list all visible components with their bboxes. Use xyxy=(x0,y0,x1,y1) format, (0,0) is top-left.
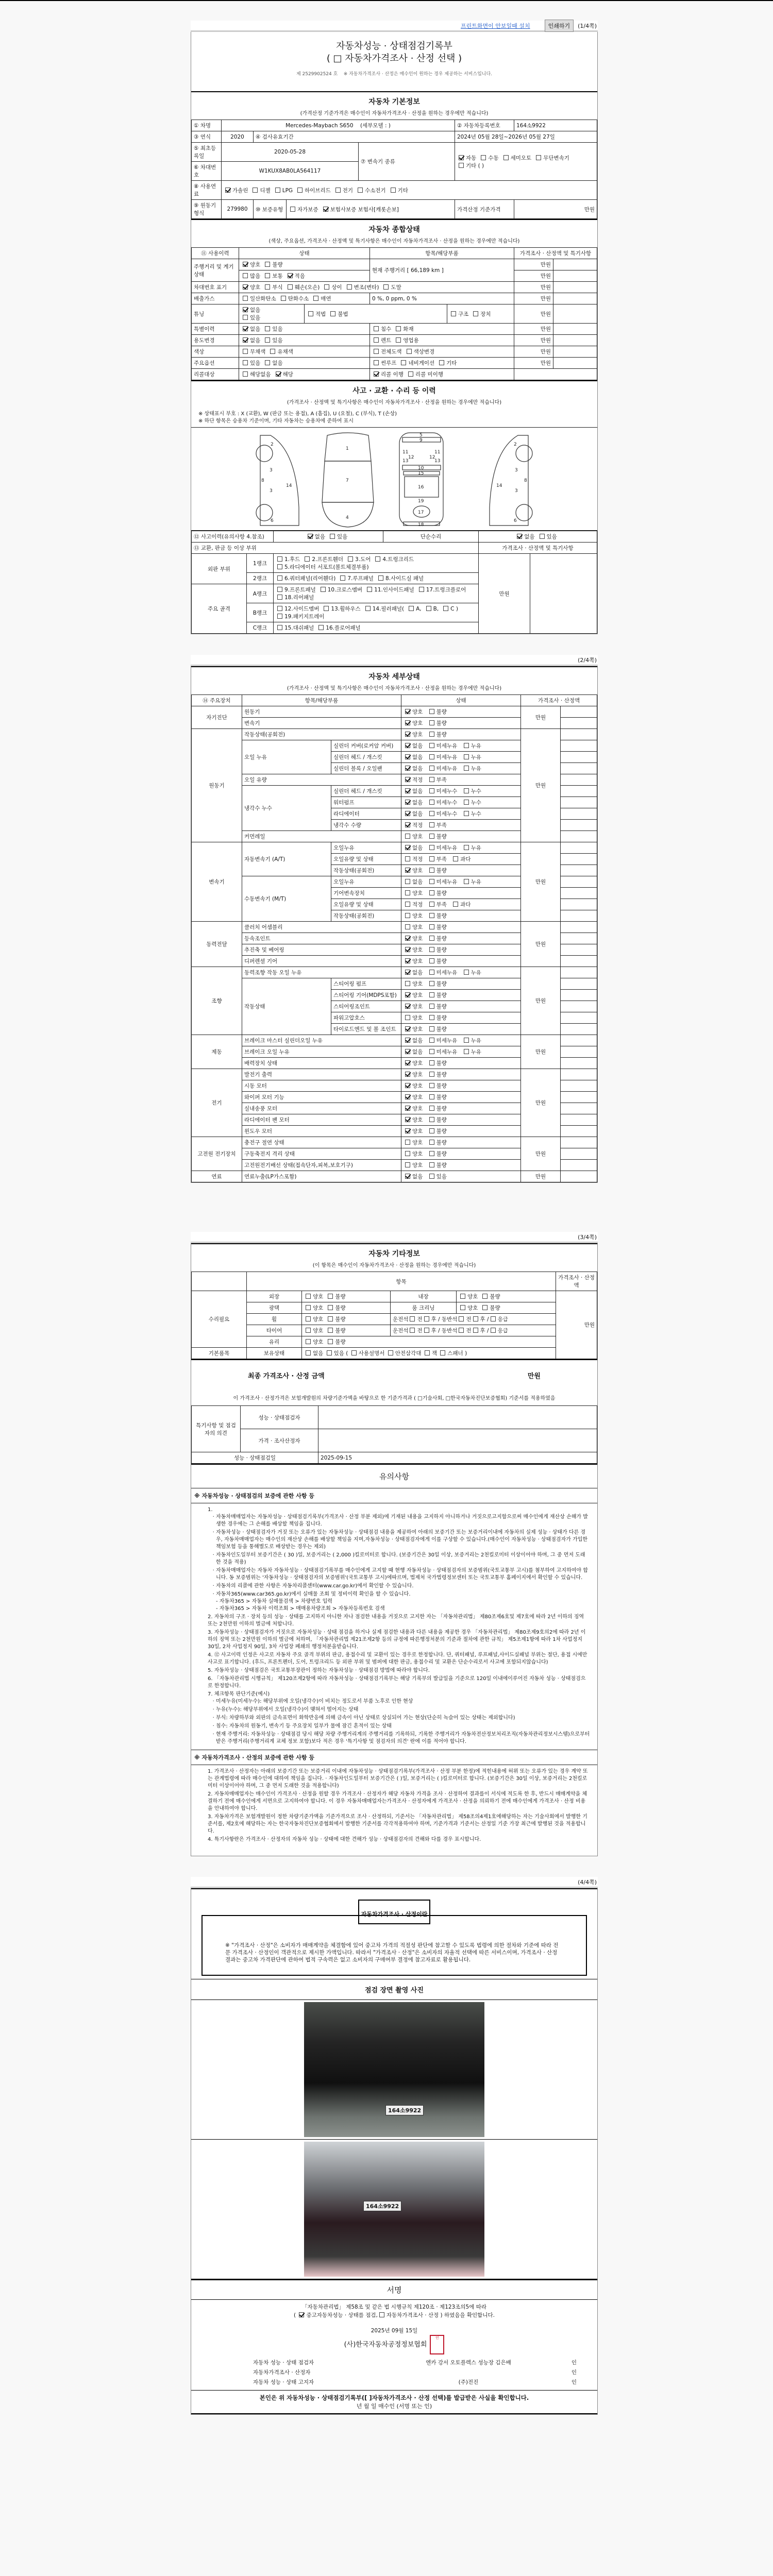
signatories: 자동차 성능 · 상태 점검자엔카 강서 오토플렉스 성능장 김은배인자동차가격… xyxy=(191,2358,597,2390)
checkbox[interactable] xyxy=(405,1174,410,1179)
checkbox[interactable] xyxy=(464,879,469,884)
checkbox[interactable] xyxy=(429,868,434,873)
checkbox[interactable] xyxy=(405,1049,410,1054)
svg-text:16: 16 xyxy=(418,485,424,490)
checkbox[interactable] xyxy=(328,1305,333,1310)
checkbox[interactable] xyxy=(305,556,310,562)
checkbox[interactable] xyxy=(481,155,486,160)
checkbox[interactable] xyxy=(405,766,410,771)
checkbox[interactable] xyxy=(405,1083,410,1088)
checkbox[interactable] xyxy=(265,337,270,343)
appraisal-notes: 1. 가격조사 · 산정자는 아래의 보증기간 또는 보증거리 이내에 자동차성… xyxy=(191,1765,597,1856)
detail-status-table: ⑭ 주요장치항목/해당부품상태가격조사 · 산정액자기진단원동기양호 불량만원변… xyxy=(191,694,597,1182)
checkbox[interactable] xyxy=(429,1015,434,1020)
car-name: Mercedes-Maybach S650 xyxy=(285,123,354,129)
checkbox[interactable] xyxy=(243,284,248,290)
checkbox[interactable] xyxy=(443,606,448,611)
checkbox[interactable] xyxy=(429,822,434,827)
checkbox[interactable] xyxy=(243,337,248,343)
checkbox[interactable] xyxy=(453,856,458,861)
checkbox[interactable] xyxy=(328,1316,333,1321)
checkbox[interactable] xyxy=(405,777,410,782)
checkbox[interactable] xyxy=(405,1117,410,1122)
checkbox[interactable] xyxy=(243,307,248,312)
checkbox[interactable] xyxy=(396,337,401,343)
checkbox[interactable] xyxy=(405,1162,410,1167)
svg-text:19: 19 xyxy=(418,499,424,504)
print-button[interactable]: 인쇄하기 xyxy=(545,20,574,32)
svg-text:2: 2 xyxy=(271,442,274,447)
print-toolbar: 프린트화면이 안보일때 설치 인쇄하기 (1/4쪽) xyxy=(191,21,598,32)
checkbox[interactable] xyxy=(426,606,431,611)
checkbox[interactable] xyxy=(375,556,380,562)
appraisal-check xyxy=(379,2312,384,2317)
checkbox[interactable] xyxy=(429,1004,434,1009)
warranty-options: 자가보증보험사보증 보험사[캐롯손보] xyxy=(287,200,455,219)
checkbox[interactable] xyxy=(459,155,464,160)
checkbox[interactable] xyxy=(265,262,270,267)
notes-title: 유의사항 xyxy=(191,1464,597,1488)
checkbox[interactable] xyxy=(429,936,434,941)
svg-text:14: 14 xyxy=(496,483,502,488)
svg-text:4: 4 xyxy=(346,515,349,520)
signature-body: 「자동차관리법」 제58조 및 같은 법 시행규칙 제120조 · 제123조의… xyxy=(191,2300,597,2358)
checkbox[interactable] xyxy=(405,947,410,952)
checkbox[interactable] xyxy=(464,754,469,759)
checkbox[interactable] xyxy=(277,625,282,630)
checkbox[interactable] xyxy=(482,1305,488,1310)
checkbox[interactable] xyxy=(328,1294,333,1299)
svg-text:13: 13 xyxy=(434,459,440,464)
checkbox[interactable] xyxy=(517,534,522,539)
checkbox[interactable] xyxy=(429,732,434,737)
checkbox[interactable] xyxy=(281,296,286,301)
checkbox[interactable] xyxy=(405,958,410,963)
checkbox[interactable] xyxy=(275,188,280,193)
page-2: (2/4쪽) 자동차 세부상태 (가격조사 · 산정액 및 특기사항은 매수인이… xyxy=(191,655,598,1183)
checkbox[interactable] xyxy=(429,902,434,907)
car-parts-diagram-icon: 2338146 174 59101516191718111112121313 2… xyxy=(250,430,539,528)
checkbox[interactable] xyxy=(308,311,313,316)
svg-text:3: 3 xyxy=(270,468,273,473)
checkbox[interactable] xyxy=(429,1060,434,1065)
page-3: (3/4쪽) 자동차 기타정보 (이 항목은 매수인이 자동차가격조사 · 산정… xyxy=(191,1232,598,1856)
checkbox[interactable] xyxy=(374,349,379,354)
checkbox[interactable] xyxy=(429,1151,434,1156)
svg-text:8: 8 xyxy=(524,478,527,483)
checkbox[interactable] xyxy=(405,890,410,895)
page-number: (3/4쪽) xyxy=(578,1233,598,1241)
inspection-date: 2025-09-15 xyxy=(318,1452,597,1464)
checkbox[interactable] xyxy=(464,743,469,748)
checkbox[interactable] xyxy=(429,811,434,816)
checkbox[interactable] xyxy=(290,207,295,212)
checkbox[interactable] xyxy=(464,788,469,793)
checkbox[interactable] xyxy=(306,1339,311,1344)
checkbox[interactable] xyxy=(265,360,270,365)
checkbox[interactable] xyxy=(405,845,410,850)
checkbox[interactable] xyxy=(429,720,434,725)
overall-status-table: ⑪ 사용이력상태항목/해당부품가격조사 · 산정액 및 특기사항주행거리 및 계… xyxy=(191,247,597,380)
checkbox[interactable] xyxy=(405,822,410,827)
checkbox[interactable] xyxy=(459,163,464,168)
svg-text:17: 17 xyxy=(418,510,424,515)
svg-text:7: 7 xyxy=(346,478,349,483)
checkbox[interactable] xyxy=(429,800,434,805)
accident-parts-table: ⑫ 사고이력(유의사항 4.참조)없음있음단순수리없음있음⑬ 교환, 판금 등 … xyxy=(191,531,597,634)
inspector-opinion[interactable] xyxy=(318,1406,597,1429)
checkbox[interactable] xyxy=(429,834,434,839)
checkbox[interactable] xyxy=(405,913,410,918)
checkbox[interactable] xyxy=(243,371,248,377)
checkbox[interactable] xyxy=(429,1072,434,1077)
checkbox[interactable] xyxy=(313,296,318,301)
svg-text:8: 8 xyxy=(261,478,264,483)
inspection-photo-front: 164소9922 xyxy=(304,2002,484,2137)
svg-text:12: 12 xyxy=(408,455,414,460)
checkbox[interactable] xyxy=(277,587,282,592)
svg-text:1: 1 xyxy=(346,446,349,451)
checkbox[interactable] xyxy=(464,1049,469,1054)
checkbox[interactable] xyxy=(429,1094,434,1099)
appraisal-info-box: 자동차가격조사 · 산정이란 ※ "가격조사 · 산정"은 소비자가 매매계약을… xyxy=(191,1888,597,1979)
checkbox[interactable] xyxy=(265,326,270,331)
fuel-options: 가솔린디젤LPG하이브리드전기수소전기기타 xyxy=(222,181,597,200)
accident-history-title: 사고 · 교환 · 수리 등 이력 xyxy=(191,380,597,398)
checkbox[interactable] xyxy=(243,296,248,301)
checkbox[interactable] xyxy=(321,587,326,592)
used-car-check xyxy=(299,2312,304,2317)
inspection-notes: 1.자동차매매업자는 자동차성능 · 상태점검기록부(가격조사 · 산정 부분 … xyxy=(191,1503,597,1750)
page-number: (1/4쪽) xyxy=(578,22,598,30)
checkbox[interactable] xyxy=(324,606,329,611)
checkbox[interactable] xyxy=(405,856,410,861)
checkbox[interactable] xyxy=(405,879,410,884)
checkbox[interactable] xyxy=(297,188,303,193)
photos-title: 점검 장면 촬영 사진 xyxy=(191,1979,597,2000)
checkbox[interactable] xyxy=(270,349,275,354)
checkbox[interactable] xyxy=(277,614,282,619)
checkbox[interactable] xyxy=(429,1162,434,1167)
checkbox[interactable] xyxy=(401,360,406,365)
checkbox[interactable] xyxy=(405,1106,410,1111)
checkbox[interactable] xyxy=(405,800,410,805)
checkbox[interactable] xyxy=(277,564,282,569)
checkbox[interactable] xyxy=(451,311,456,316)
document-subtitle: ( □ 자동차가격조사 · 산정 선택 ) xyxy=(191,53,597,65)
checkbox[interactable] xyxy=(288,284,293,290)
checkbox[interactable] xyxy=(460,1305,465,1310)
checkbox[interactable] xyxy=(265,284,270,290)
svg-text:6: 6 xyxy=(514,518,517,523)
checkbox[interactable] xyxy=(460,1294,465,1299)
checkbox[interactable] xyxy=(405,1128,410,1133)
checkbox[interactable] xyxy=(330,534,335,539)
inspection-photo-rear: 164소9922 xyxy=(304,2142,484,2277)
svg-text:13: 13 xyxy=(402,459,408,464)
signatory-row: 자동차 성능 · 상태 고지자(주)전진인 xyxy=(191,2377,597,2387)
appraiser-opinion[interactable] xyxy=(318,1429,597,1452)
checkbox[interactable] xyxy=(407,349,412,354)
buyer-confirmation: 본인은 위 자동차성능 · 상태점검기록부([ ]자동차가격조사 · 산정 선택… xyxy=(191,2390,597,2414)
checkbox[interactable] xyxy=(405,1151,410,1156)
checkbox[interactable] xyxy=(439,360,444,365)
checkbox[interactable] xyxy=(405,834,410,839)
svg-text:14: 14 xyxy=(286,483,292,488)
basic-info-note: (가격산정 기준가격은 매수인이 자동차가격조사 · 산정을 원하는 경우에만 … xyxy=(191,109,597,120)
checkbox[interactable] xyxy=(378,575,383,581)
page-number: (4/4쪽) xyxy=(578,1878,598,1886)
checkbox[interactable] xyxy=(464,766,469,771)
checkbox[interactable] xyxy=(429,1106,434,1111)
checkbox[interactable] xyxy=(405,1060,410,1065)
first-reg-date: 2020-05-28 xyxy=(222,143,359,162)
checkbox[interactable] xyxy=(429,1128,434,1133)
checkbox[interactable] xyxy=(405,709,410,714)
checkbox[interactable] xyxy=(308,534,313,539)
checkbox[interactable] xyxy=(503,155,509,160)
page-4: (4/4쪽) 자동차가격조사 · 산정이란 ※ "가격조사 · 산정"은 소비자… xyxy=(191,1877,598,2415)
inspection-period: 2024년 05월 28일~2026년 05월 27일 xyxy=(455,131,597,143)
checkbox[interactable] xyxy=(429,1038,434,1043)
checkbox[interactable] xyxy=(473,311,478,316)
checkbox[interactable] xyxy=(429,890,434,895)
svg-text:9: 9 xyxy=(419,438,423,443)
svg-text:3: 3 xyxy=(515,468,518,473)
checkbox[interactable] xyxy=(306,1294,311,1299)
status-legend: ※ 상태표시 부호 : X (교환), W (판금 또는 용접), A (흠집)… xyxy=(191,409,597,428)
checkbox[interactable] xyxy=(348,556,353,562)
svg-text:3: 3 xyxy=(515,488,518,494)
checkbox[interactable] xyxy=(243,273,248,278)
checkbox[interactable] xyxy=(429,709,434,714)
checkbox[interactable] xyxy=(429,958,434,963)
detail-status-title: 자동차 세부상태 xyxy=(191,666,597,684)
car-diagram: 2338146 174 59101516191718111112121313 2… xyxy=(191,428,597,531)
checkbox[interactable] xyxy=(429,879,434,884)
doc-number: 제 2529902524 호 xyxy=(296,72,338,77)
checkbox[interactable] xyxy=(405,992,410,997)
checkbox[interactable] xyxy=(335,188,341,193)
checkbox[interactable] xyxy=(429,777,434,782)
checkbox[interactable] xyxy=(540,534,545,539)
checkbox[interactable] xyxy=(328,1328,333,1333)
checkbox[interactable] xyxy=(383,284,389,290)
checkbox[interactable] xyxy=(374,337,379,343)
signatory-row: 자동차가격조사 · 산정자인 xyxy=(191,2367,597,2377)
signatory-row: 자동차 성능 · 상태 점검자엔카 강서 오토플렉스 성능장 김은배인 xyxy=(191,2358,597,2367)
checkbox[interactable] xyxy=(405,981,410,986)
checkbox[interactable] xyxy=(429,970,434,975)
checkbox[interactable] xyxy=(405,1026,410,1031)
checkbox[interactable] xyxy=(429,913,434,918)
checkbox[interactable] xyxy=(419,587,424,592)
basic-info-table: ① 차명Mercedes-Maybach S650 (세부모델 : )② 자동차… xyxy=(191,120,597,219)
checkbox[interactable] xyxy=(367,587,372,592)
checkbox[interactable] xyxy=(391,188,396,193)
checkbox[interactable] xyxy=(243,262,248,267)
checkbox[interactable] xyxy=(243,349,248,354)
checkbox[interactable] xyxy=(405,924,410,929)
checkbox[interactable] xyxy=(328,1339,333,1344)
final-price: 최종 가격조사 · 산정 금액만원 xyxy=(191,1359,597,1391)
svg-text:10: 10 xyxy=(418,466,424,471)
checkbox[interactable] xyxy=(365,606,371,611)
install-link[interactable]: 프린트화면이 안보일때 설치 xyxy=(461,22,530,30)
model-year: 2020 xyxy=(222,131,254,143)
checkbox[interactable] xyxy=(243,360,248,365)
svg-text:18: 18 xyxy=(418,522,424,528)
organization: (사)한국자동차공정정보협회 xyxy=(344,2341,427,2349)
page-1: 프린트화면이 안보일때 설치 인쇄하기 (1/4쪽) 자동차성능 · 상태점검기… xyxy=(191,21,598,634)
checkbox[interactable] xyxy=(464,1038,469,1043)
checkbox[interactable] xyxy=(396,326,401,331)
checkbox[interactable] xyxy=(243,315,248,320)
checkbox[interactable] xyxy=(429,766,434,771)
checkbox[interactable] xyxy=(374,360,379,365)
checkbox[interactable] xyxy=(429,856,434,861)
checkbox[interactable] xyxy=(405,868,410,873)
checkbox[interactable] xyxy=(464,811,469,816)
checkbox[interactable] xyxy=(429,845,434,850)
checkbox[interactable] xyxy=(429,924,434,929)
document-title: 자동차성능 · 상태점검기록부 xyxy=(191,40,597,53)
checkbox[interactable] xyxy=(374,371,379,377)
checkbox[interactable] xyxy=(277,606,282,611)
checkbox[interactable] xyxy=(429,1174,434,1179)
other-info-title: 자동차 기타정보 xyxy=(191,1243,597,1261)
checkbox[interactable] xyxy=(405,970,410,975)
svg-text:11: 11 xyxy=(434,450,440,455)
vin: W1KUX8AB0LA564117 xyxy=(222,162,359,181)
checkbox[interactable] xyxy=(405,1004,410,1009)
checkbox[interactable] xyxy=(429,992,434,997)
checkbox[interactable] xyxy=(405,1072,410,1077)
checkbox[interactable] xyxy=(405,754,410,759)
checkbox[interactable] xyxy=(405,1094,410,1099)
reg-number: 164소9922 xyxy=(514,120,597,131)
checkbox[interactable] xyxy=(482,1294,488,1299)
checkbox[interactable] xyxy=(536,155,541,160)
checkbox[interactable] xyxy=(405,720,410,725)
checkbox[interactable] xyxy=(464,845,469,850)
svg-text:5: 5 xyxy=(419,433,423,438)
checkbox[interactable] xyxy=(429,1049,434,1054)
checkbox[interactable] xyxy=(429,1026,434,1031)
opinion-label: 특기사항 및 점검자의 의견 xyxy=(192,1406,241,1452)
checkbox[interactable] xyxy=(347,284,352,290)
seal-icon: 인 xyxy=(430,2335,444,2354)
other-info-table: 항목가격조사 · 산정액수리필요외장양호불량내장양호불량만원광택양호불량룸 크리… xyxy=(191,1272,597,1359)
checkbox[interactable] xyxy=(429,981,434,986)
checkbox[interactable] xyxy=(405,788,410,793)
checkbox[interactable] xyxy=(405,902,410,907)
checkbox[interactable] xyxy=(288,273,293,278)
checkbox[interactable] xyxy=(225,188,230,193)
checkbox[interactable] xyxy=(405,1015,410,1020)
svg-text:6: 6 xyxy=(271,518,274,523)
page-number: (2/4쪽) xyxy=(578,656,598,664)
checkbox[interactable] xyxy=(306,1328,311,1333)
signature-title: 서명 xyxy=(191,2279,597,2300)
checkbox[interactable] xyxy=(276,371,281,377)
checkbox[interactable] xyxy=(306,1316,311,1321)
basic-info-title: 자동차 기본정보 xyxy=(191,91,597,109)
transmission-options: 자동수동세미오토무단변속기기타 ( ) xyxy=(455,143,597,181)
checkbox[interactable] xyxy=(429,743,434,748)
checkbox[interactable] xyxy=(464,970,469,975)
service-note: ※ 자동차가격조사 · 산정은 매수인이 원하는 경우 제공하는 서비스입니다. xyxy=(344,72,492,77)
checkbox[interactable] xyxy=(429,754,434,759)
checkbox[interactable] xyxy=(405,743,410,748)
opinion-table: 특기사항 및 점검자의 의견성능 · 상태점검자 가격 · 조사산정자 성능 ·… xyxy=(191,1405,597,1464)
checkbox[interactable] xyxy=(429,947,434,952)
checkbox[interactable] xyxy=(405,811,410,816)
checkbox[interactable] xyxy=(323,207,328,212)
checkbox[interactable] xyxy=(405,732,410,737)
checkbox[interactable] xyxy=(243,326,248,331)
checkbox[interactable] xyxy=(409,606,414,611)
checkbox[interactable] xyxy=(408,371,413,377)
checkbox[interactable] xyxy=(405,936,410,941)
sign-date: 2025년 09월 15일 xyxy=(191,2327,597,2335)
svg-text:2: 2 xyxy=(514,442,517,447)
checkbox[interactable] xyxy=(429,1117,434,1122)
checkbox[interactable] xyxy=(374,326,379,331)
svg-text:3: 3 xyxy=(270,488,273,494)
checkbox[interactable] xyxy=(277,595,282,600)
checkbox[interactable] xyxy=(306,1305,311,1310)
checkbox[interactable] xyxy=(453,902,458,907)
overall-status-title: 자동차 종합상태 xyxy=(191,219,597,236)
document-header: 자동차성능 · 상태점검기록부 ( □ 자동차가격조사 · 산정 선택 ) 제 … xyxy=(191,32,597,91)
checkbox[interactable] xyxy=(429,1083,434,1088)
checkbox[interactable] xyxy=(358,188,363,193)
checkbox[interactable] xyxy=(324,284,329,290)
checkbox[interactable] xyxy=(277,556,282,562)
checkbox[interactable] xyxy=(340,575,345,581)
checkbox[interactable] xyxy=(405,1038,410,1043)
checkbox[interactable] xyxy=(318,625,324,630)
checkbox[interactable] xyxy=(429,788,434,793)
engine-type: 279980 xyxy=(222,200,254,219)
checkbox[interactable] xyxy=(429,1140,434,1145)
checkbox[interactable] xyxy=(265,273,270,278)
checkbox[interactable] xyxy=(330,311,335,316)
checkbox[interactable] xyxy=(405,1140,410,1145)
svg-text:11: 11 xyxy=(402,450,408,455)
svg-text:15: 15 xyxy=(418,471,424,476)
checkbox[interactable] xyxy=(253,188,258,193)
checkbox[interactable] xyxy=(464,800,469,805)
checkbox[interactable] xyxy=(277,575,282,581)
